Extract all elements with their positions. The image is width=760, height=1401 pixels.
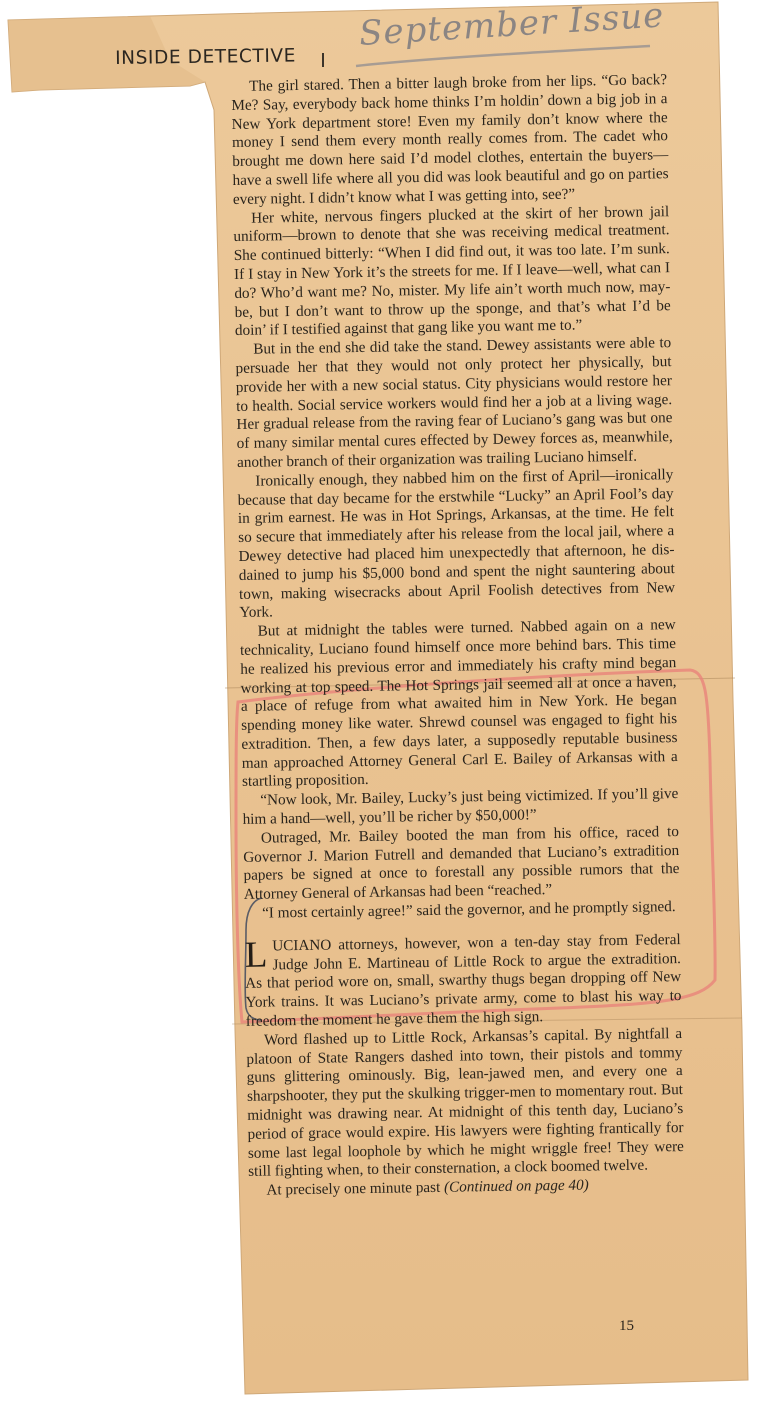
page-number: 15 xyxy=(619,1318,634,1335)
article-column: The girl stared. Then a bitter laugh bro… xyxy=(231,71,685,1201)
paragraph: The girl stared. Then a bitter laugh bro… xyxy=(231,71,669,209)
drop-cap: L xyxy=(245,940,268,970)
paragraph: Ironically enough, they nabbed him on th… xyxy=(237,466,675,623)
continued-note: (Continued on page 40) xyxy=(444,1177,589,1196)
publication-name: INSIDE DETECTIVE xyxy=(115,45,296,69)
paragraph: But in the end she did take the stand. D… xyxy=(235,334,673,472)
section-opening-paragraph: LUCIANO attorneys, however, won a ten-da… xyxy=(245,931,682,1032)
paragraph-text: UCIANO attorneys, however, won a ten-day… xyxy=(245,931,682,1030)
paragraph-text: At precisely one minute past xyxy=(266,1179,440,1199)
paragraph: Word flashed up to Little Rock, Arkansas… xyxy=(246,1025,684,1182)
header-separator xyxy=(322,53,324,67)
paragraph: Her white, nervous fingers plucked at th… xyxy=(233,203,671,341)
paragraph: Outraged, Mr. Bailey booted the man from… xyxy=(243,823,680,905)
newspaper-clipping: INSIDE DETECTIVE September Issue The gir… xyxy=(0,0,760,1401)
paragraph: But at midnight the tables were turned. … xyxy=(240,616,679,792)
